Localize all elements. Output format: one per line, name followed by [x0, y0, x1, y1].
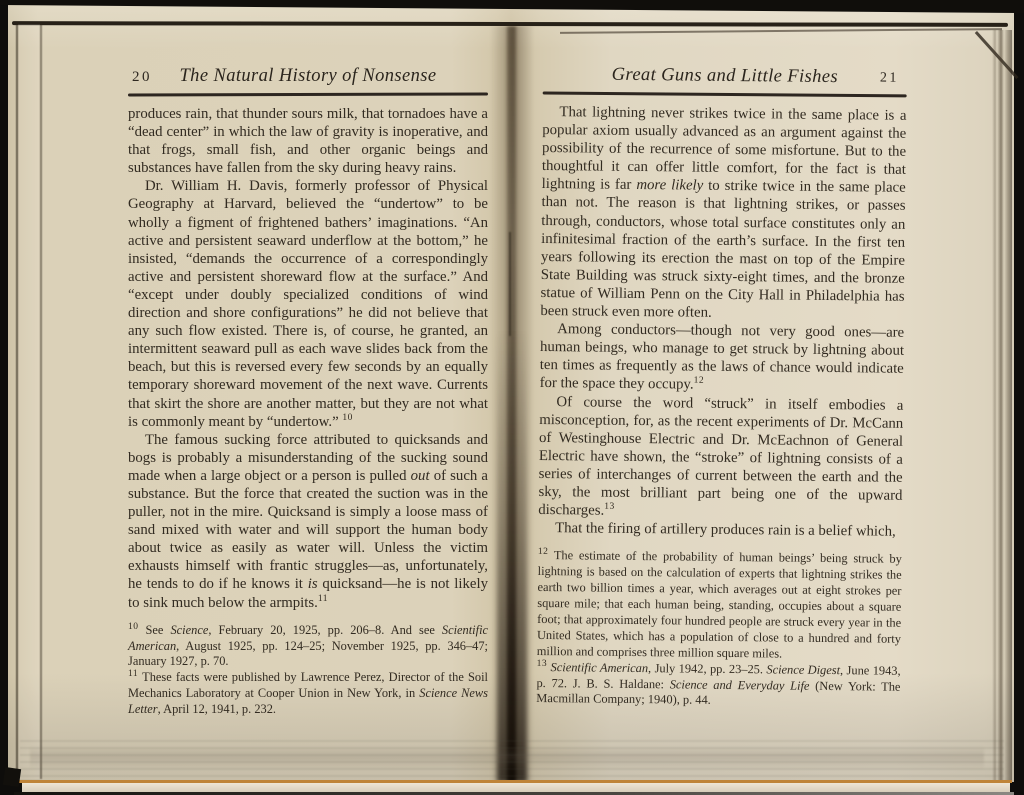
right-page-header: Great Guns and Little Fishes 21 [543, 62, 907, 95]
right-page-footnotes: 12 The estimate of the probability of hu… [536, 548, 902, 711]
body-paragraph: That lightning never strikes twice in th… [540, 103, 906, 324]
italic-text: out [411, 468, 430, 484]
italic-text: Science [170, 623, 208, 637]
right-page-number: 21 [880, 71, 899, 87]
left-running-title: The Natural History of Nonsense [128, 64, 488, 87]
left-page-edge-band [18, 24, 40, 779]
body-paragraph: Dr. William H. Davis, formerly professor… [128, 177, 488, 430]
italic-text: Science and Everyday Life [670, 677, 810, 692]
footnote: 12 The estimate of the probability of hu… [537, 548, 902, 663]
footnote-marker: 11 [128, 669, 138, 679]
footnote: 13 Scientific American, July 1942, pp. 2… [536, 660, 900, 712]
book-scan: 20 The Natural History of Nonsense produ… [0, 0, 1024, 795]
footnote: 10 See Science, February 20, 1925, pp. 2… [128, 623, 488, 671]
footnote-marker: 13 [604, 502, 615, 512]
right-page-body: That lightning never strikes twice in th… [538, 103, 907, 541]
gutter-mark [509, 232, 511, 336]
left-page-footnotes: 10 See Science, February 20, 1925, pp. 2… [128, 623, 488, 718]
italic-text: Scientific American [551, 660, 649, 675]
left-header-rule [128, 93, 488, 97]
footnote: 11 These facts were published by Lawrenc… [128, 670, 488, 718]
body-paragraph: The famous sucking force attributed to q… [128, 431, 488, 612]
body-paragraph: That the firing of artillery produces ra… [538, 519, 902, 541]
italic-text: Science News Letter [128, 686, 488, 716]
left-page-edge-line-2 [40, 24, 42, 779]
italic-text: is [308, 576, 318, 592]
right-page-edge-lines [992, 30, 1012, 781]
footnote-marker: 10 [342, 413, 353, 423]
left-page-edge-line [16, 24, 18, 777]
right-page: Great Guns and Little Fishes 21 That lig… [536, 62, 907, 711]
left-page-body: produces rain, that thunder sours milk, … [128, 105, 488, 612]
bottom-streaks [20, 735, 1004, 781]
italic-text: Science Digest [766, 662, 840, 677]
italic-text: more likely [636, 177, 703, 194]
body-paragraph: Among conductors—though not very good on… [540, 320, 905, 396]
footnote-marker: 13 [537, 658, 548, 668]
footnote-marker: 11 [318, 594, 328, 604]
left-page-header: 20 The Natural History of Nonsense [128, 64, 488, 93]
footnote-marker: 12 [538, 547, 549, 557]
body-paragraph: Of course the word “struck” in itself em… [538, 392, 903, 522]
page-stack-edge [22, 783, 1010, 792]
left-page-number: 20 [132, 69, 152, 86]
bottom-left-corner-shadow [3, 767, 21, 787]
right-running-title: Great Guns and Little Fishes [543, 62, 907, 89]
footnote-marker: 10 [128, 622, 139, 632]
left-page: 20 The Natural History of Nonsense produ… [128, 64, 488, 718]
body-paragraph: produces rain, that thunder sours milk, … [128, 105, 488, 177]
footnote-marker: 12 [694, 376, 705, 386]
gutter-shadow-deep [497, 330, 527, 782]
